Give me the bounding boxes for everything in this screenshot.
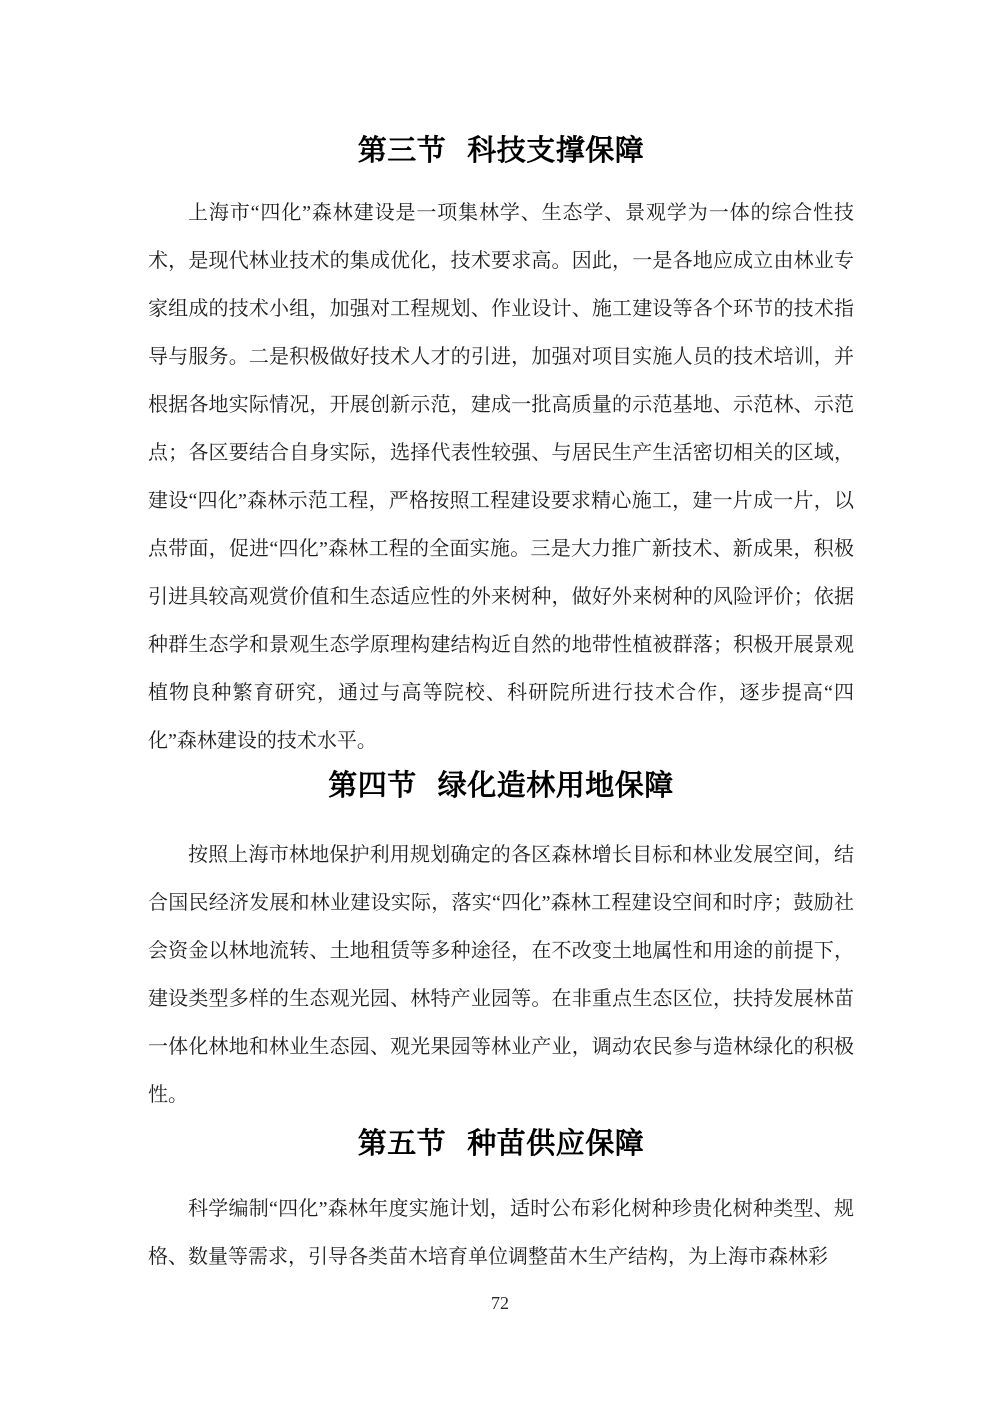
section-paragraph: 科学编制“四化”森林年度实施计划，适时公布彩化树种珍贵化树种类型、规格、数量等需…	[148, 1185, 854, 1281]
text-block: 第三节科技支撑保障 上海市“四化”森林建设是一项集林学、生态学、景观学为一体的综…	[148, 0, 854, 1414]
document-page: 第三节科技支撑保障 上海市“四化”森林建设是一项集林学、生态学、景观学为一体的综…	[0, 0, 1000, 1414]
section-heading-3: 第三节科技支撑保障	[148, 135, 854, 168]
section-heading-title: 绿化造林用地保障	[438, 770, 674, 802]
section-heading-title: 科技支撑保障	[467, 135, 644, 167]
section-heading-title: 种苗供应保障	[467, 1128, 644, 1160]
section-heading-label: 第三节	[358, 135, 447, 167]
section-paragraph: 上海市“四化”森林建设是一项集林学、生态学、景观学为一体的综合性技术，是现代林业…	[148, 189, 854, 765]
section-heading-4: 第四节绿化造林用地保障	[148, 770, 854, 803]
page-number: 72	[0, 1292, 1000, 1314]
section-paragraph: 按照上海市林地保护利用规划确定的各区森林增长目标和林业发展空间，结合国民经济发展…	[148, 831, 854, 1119]
section-heading-label: 第五节	[358, 1128, 447, 1160]
section-heading-5: 第五节种苗供应保障	[148, 1128, 854, 1161]
section-heading-label: 第四节	[328, 770, 417, 802]
